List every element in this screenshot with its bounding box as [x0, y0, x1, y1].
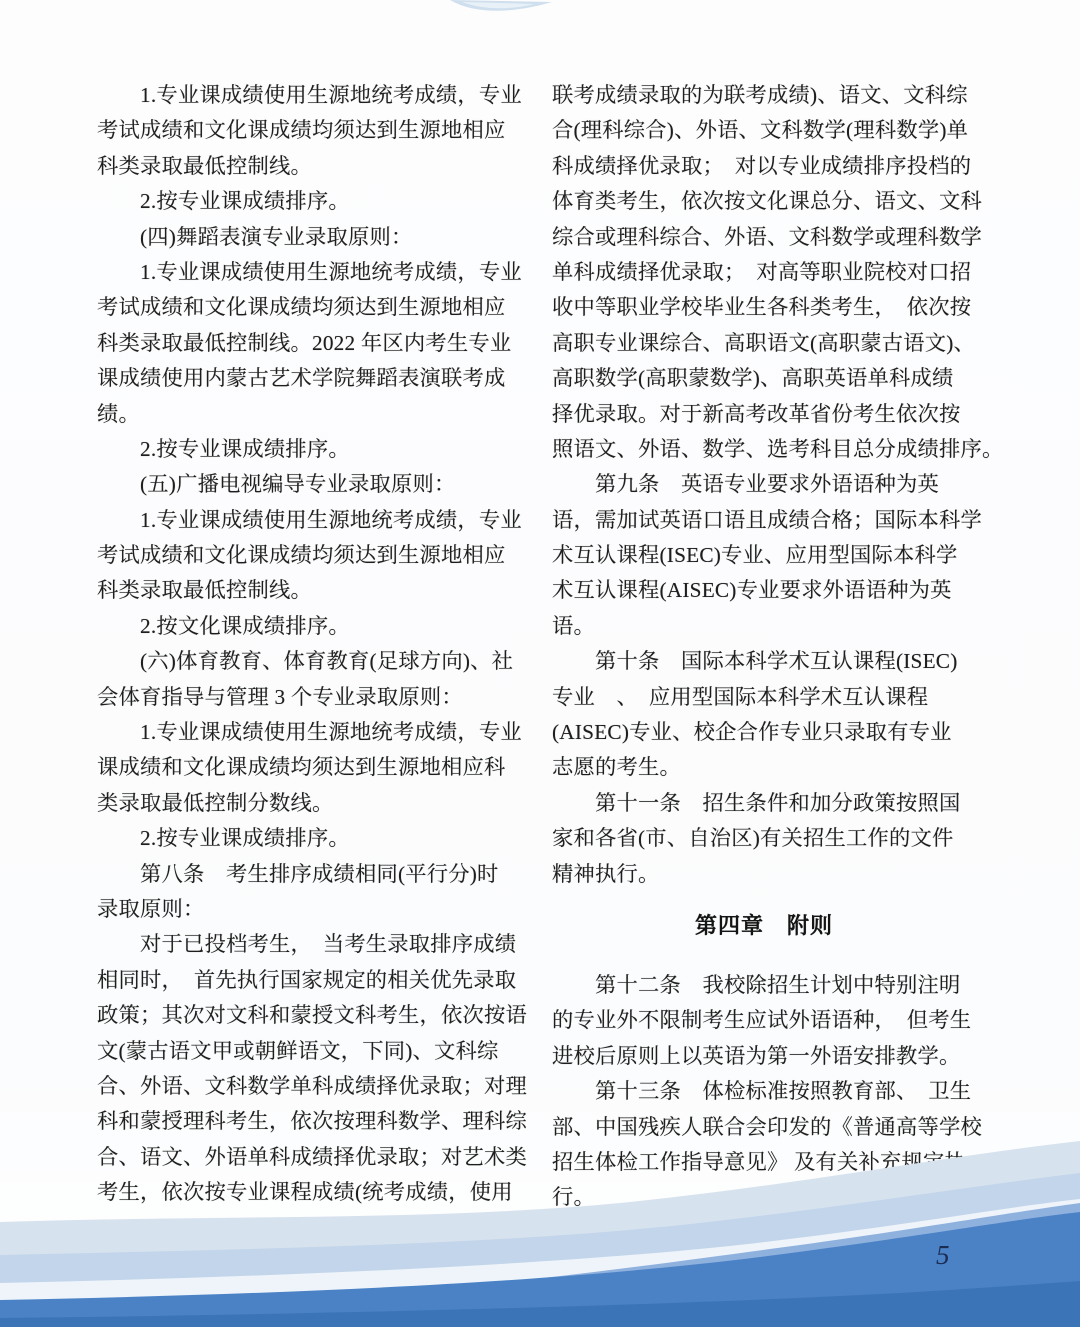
text-line: 考试成绩和文化课成绩均须达到生源地相应: [97, 113, 521, 148]
text-line: 会体育指导与管理 3 个专业录取原则：: [97, 680, 521, 715]
right-column-block-1: 联考成绩录取的为联考成绩)、语文、文科综合(理科综合)、外语、文科数学(理科数学…: [552, 78, 976, 892]
text-line: 1.专业课成绩使用生源地统考成绩，专业: [97, 255, 521, 290]
text-line: 课成绩使用内蒙古艺术学院舞蹈表演联考成: [97, 361, 521, 396]
text-line: 择优录取。对于新高考改革省份考生依次按: [552, 397, 976, 432]
text-line: 行。: [552, 1180, 976, 1215]
text-line: 课成绩和文化课成绩均须达到生源地相应科: [97, 750, 521, 785]
text-line: 政策；其次对文科和蒙授文科考生，依次按语: [97, 998, 521, 1033]
text-line: 2.按专业课成绩排序。: [97, 184, 521, 219]
text-line: 2.按专业课成绩排序。: [97, 821, 521, 856]
text-line: (五)广播电视编导专业录取原则：: [97, 467, 521, 502]
text-line: 第八条 考生排序成绩相同(平行分)时: [97, 857, 521, 892]
chapter-heading: 第四章 附则: [552, 908, 976, 944]
text-line: 科类录取最低控制线。2022 年区内考生专业: [97, 326, 521, 361]
text-line: 进校后原则上以英语为第一外语安排教学。: [552, 1039, 976, 1074]
right-text-column: 联考成绩录取的为联考成绩)、语文、文科综合(理科综合)、外语、文科数学(理科数学…: [552, 78, 976, 1216]
text-line: 科成绩择优录取； 对以专业成绩排序投档的: [552, 149, 976, 184]
text-line: 语。: [552, 609, 976, 644]
right-column-block-2: 第十二条 我校除招生计划中特别注明的专业外不限制考生应试外语语种， 但考生进校后…: [552, 968, 976, 1216]
document-page: 1.专业课成绩使用生源地统考成绩，专业考试成绩和文化课成绩均须达到生源地相应科类…: [0, 0, 1080, 1327]
text-line: 第十一条 招生条件和加分政策按照国: [552, 786, 976, 821]
text-line: 考试成绩和文化课成绩均须达到生源地相应: [97, 290, 521, 325]
text-line: 合(理科综合)、外语、文科数学(理科数学)单: [552, 113, 976, 148]
text-line: 文(蒙古语文甲或朝鲜语文，下同)、文科综: [97, 1034, 521, 1069]
text-line: 精神执行。: [552, 857, 976, 892]
text-line: 合、语文、外语单科成绩择优录取；对艺术类: [97, 1140, 521, 1175]
text-line: 家和各省(市、自治区)有关招生工作的文件: [552, 821, 976, 856]
text-line: 联考成绩录取的为联考成绩)、语文、文科综: [552, 78, 976, 113]
text-line: 合、外语、文科数学单科成绩择优录取；对理: [97, 1069, 521, 1104]
text-line: 专业 、 应用型国际本科学术互认课程: [552, 680, 976, 715]
text-line: 术互认课程(AISEC)专业要求外语语种为英: [552, 573, 976, 608]
text-line: 第九条 英语专业要求外语语种为英: [552, 467, 976, 502]
page-number: 5: [936, 1240, 950, 1271]
text-line: 高职专业课综合、高职语文(高职蒙古语文)、: [552, 326, 976, 361]
text-line: 语，需加试英语口语且成绩合格；国际本科学: [552, 503, 976, 538]
text-line: 第十三条 体检标准按照教育部、 卫生: [552, 1074, 976, 1109]
text-line: 单科成绩择优录取； 对高等职业院校对口招: [552, 255, 976, 290]
text-line: (六)体育教育、体育教育(足球方向)、社: [97, 644, 521, 679]
top-corner-decoration: [448, 0, 568, 18]
text-line: 科类录取最低控制线。: [97, 573, 521, 608]
text-line: 体育类考生，依次按文化课总分、语文、文科: [552, 184, 976, 219]
text-line: (四)舞蹈表演专业录取原则：: [97, 220, 521, 255]
text-line: 科类录取最低控制线。: [97, 149, 521, 184]
text-line: 招生体检工作指导意见》 及有关补充规定执: [552, 1145, 976, 1180]
text-line: 类录取最低控制分数线。: [97, 786, 521, 821]
text-line: 第十二条 我校除招生计划中特别注明: [552, 968, 976, 1003]
text-line: 2.按文化课成绩排序。: [97, 609, 521, 644]
text-line: 2.按专业课成绩排序。: [97, 432, 521, 467]
text-line: 考生，依次按专业课程成绩(统考成绩，使用: [97, 1175, 521, 1210]
text-line: 对于已投档考生， 当考生录取排序成绩: [97, 927, 521, 962]
text-line: 第十条 国际本科学术互认课程(ISEC): [552, 644, 976, 679]
text-line: (AISEC)专业、校企合作专业只录取有专业: [552, 715, 976, 750]
left-text-column: 1.专业课成绩使用生源地统考成绩，专业考试成绩和文化课成绩均须达到生源地相应科类…: [97, 78, 521, 1211]
text-line: 1.专业课成绩使用生源地统考成绩，专业: [97, 503, 521, 538]
text-line: 科和蒙授理科考生，依次按理科数学、理科综: [97, 1104, 521, 1139]
text-line: 综合或理科综合、外语、文科数学或理科数学: [552, 220, 976, 255]
text-line: 的专业外不限制考生应试外语语种， 但考生: [552, 1003, 976, 1038]
text-line: 照语文、外语、数学、选考科目总分成绩排序。: [552, 432, 976, 467]
text-line: 收中等职业学校毕业生各科类考生， 依次按: [552, 290, 976, 325]
text-line: 考试成绩和文化课成绩均须达到生源地相应: [97, 538, 521, 573]
text-line: 绩。: [97, 397, 521, 432]
text-line: 部、中国残疾人联合会印发的《普通高等学校: [552, 1110, 976, 1145]
text-line: 高职数学(高职蒙数学)、高职英语单科成绩: [552, 361, 976, 396]
text-line: 相同时， 首先执行国家规定的相关优先录取: [97, 963, 521, 998]
text-line: 志愿的考生。: [552, 750, 976, 785]
text-line: 录取原则：: [97, 892, 521, 927]
text-line: 1.专业课成绩使用生源地统考成绩，专业: [97, 715, 521, 750]
text-line: 1.专业课成绩使用生源地统考成绩，专业: [97, 78, 521, 113]
text-line: 术互认课程(ISEC)专业、应用型国际本科学: [552, 538, 976, 573]
